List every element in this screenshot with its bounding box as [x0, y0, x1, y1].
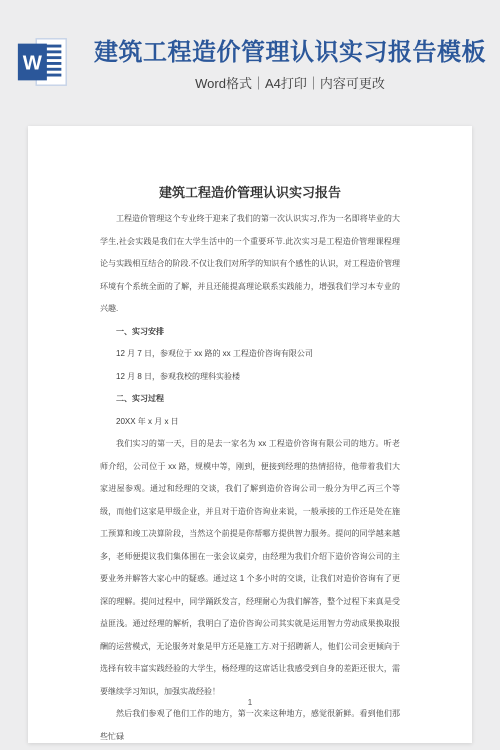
word-icon: W — [14, 33, 72, 91]
doc-paragraph: 然后我们参观了他们工作的地方，第一次来这种地方，感觉很新鲜。看到他们那些忙碌 — [100, 703, 400, 748]
document-title: 建筑工程造价管理认识实习报告 — [100, 182, 400, 201]
doc-paragraph: 我们实习的第一天，目的是去一家名为 xx 工程造价咨询有限公司的地方。听老师介绍… — [100, 433, 400, 703]
doc-heading-internship-schedule: 一、实习安排 — [100, 321, 400, 344]
doc-paragraph: 20XX 年 x 月 x 日 — [100, 411, 400, 434]
doc-heading-internship-process: 二、实习过程 — [100, 388, 400, 411]
doc-paragraph: 12 月 8 日，参观我校的理科实验楼 — [100, 366, 400, 389]
page-number: 1 — [28, 698, 472, 707]
svg-text:W: W — [23, 53, 43, 75]
doc-paragraph: 12 月 7 日，参观位于 xx 路的 xx 工程造价咨询有限公司 — [100, 343, 400, 366]
template-title: 建筑工程造价管理认识实习报告模板 — [94, 32, 486, 67]
document-page-preview: 建筑工程造价管理认识实习报告 工程造价管理这个专业终于迎来了我们的第一次认识实习… — [28, 126, 472, 743]
template-header: W 建筑工程造价管理认识实习报告模板 Word格式｜A4打印｜内容可更改 — [0, 0, 500, 92]
doc-paragraph: 工程造价管理这个专业终于迎来了我们的第一次认识实习,作为一名即将毕业的大学生,社… — [100, 208, 400, 321]
template-subtitle: Word格式｜A4打印｜内容可更改 — [195, 73, 385, 92]
header-text-block: 建筑工程造价管理认识实习报告模板 Word格式｜A4打印｜内容可更改 — [94, 32, 486, 92]
